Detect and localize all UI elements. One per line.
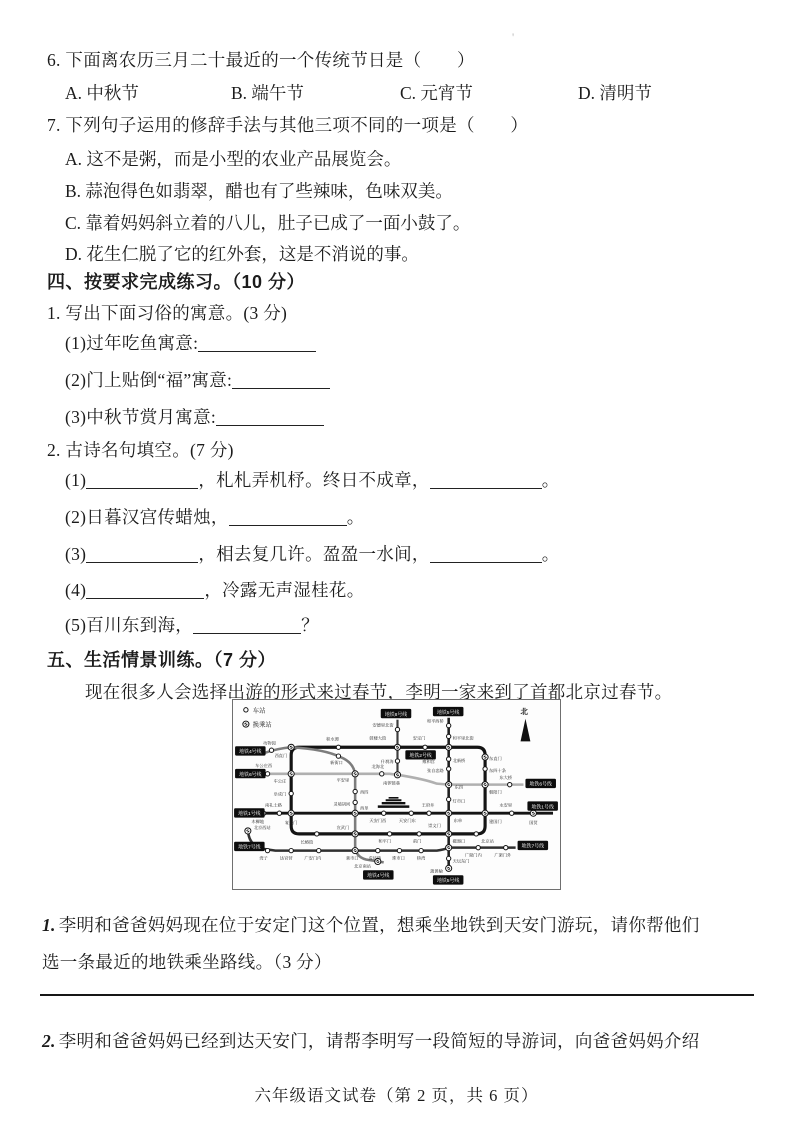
question-6-stem: 6. 下面离农历三月二十最近的一个传统节日是（ ）	[47, 47, 475, 72]
section4-title: 四、按要求完成练习。（10 分）	[47, 268, 305, 294]
map-station-label-南锣鼓巷: 南锣鼓巷	[383, 780, 401, 787]
map-station-label-天安门西: 天安门西	[369, 817, 387, 824]
q6-option-c: C. 元宵节	[400, 80, 473, 105]
scan-artifact: '	[512, 30, 522, 44]
map-q1-text-1: 李明和爸爸妈妈现在位于安定门这个位置，想乘坐地铁到天安门游玩，请你帮他们	[59, 915, 700, 935]
map-q2-number: 2.	[42, 1031, 56, 1051]
legend-station-label: 车站	[253, 705, 266, 714]
line-badge-text-地铁2号线: 地铁2号线	[409, 752, 431, 759]
station-marker	[380, 772, 384, 776]
poem-4-pre: (4)	[65, 580, 86, 600]
map-station-label-北新桥: 北新桥	[453, 757, 466, 764]
page-footer: 六年级语文试卷（第 2 页，共 6 页）	[0, 1082, 793, 1106]
habit-item-3: (3)中秋节赏月寓意:	[65, 404, 324, 429]
station-marker	[510, 811, 514, 815]
map-station-label-长椿街: 长椿街	[301, 839, 314, 846]
map-station-label-王府井: 王府井	[422, 801, 435, 808]
map-station-label-国贸: 国贸	[529, 819, 538, 826]
map-station-label-朝阳门: 朝阳门	[489, 789, 502, 796]
poem-line-1: (1)，札札弄机杼。终日不成章，。	[65, 467, 560, 492]
line-badge-text-地铁6号线: 地铁6号线	[530, 781, 552, 788]
map-station-label-鼓楼大街: 鼓楼大街	[369, 734, 387, 741]
map-station-label-虎坊桥: 虎坊桥	[369, 854, 382, 861]
habit-item-1: (1)过年吃鱼寓意:	[65, 330, 316, 355]
line-badge-text-地铁7号线: 地铁7号线	[238, 844, 260, 851]
station-marker	[395, 727, 399, 731]
map-station-label-安定门: 安定门	[413, 734, 426, 741]
poem-5-blank	[193, 618, 301, 634]
map-station-label-张自忠路: 张自忠路	[427, 767, 445, 774]
poem-4-blank	[86, 583, 204, 599]
map-question-2: 2.李明和爸爸妈妈已经到达天安门，请帮李明写一段简短的导游词，向爸爸妈妈介绍	[42, 1028, 700, 1053]
station-marker	[483, 767, 487, 771]
map-station-label-车公庄西: 车公庄西	[255, 762, 273, 769]
line-badge-text-地铁1号线: 地铁1号线	[532, 803, 554, 810]
poem-3-mid: ，相去复几许。盈盈一水间，	[198, 544, 429, 564]
poem-line-3: (3)，相去复几许。盈盈一水间，。	[65, 541, 560, 566]
habit-1-text: (1)过年吃鱼寓意:	[65, 333, 198, 353]
poem-line-4: (4)，冷露无声湿桂花。	[65, 577, 365, 602]
poem-line-2: (2)日暮汉宫传蜡烛，。	[65, 504, 365, 529]
q6-option-b: B. 端午节	[231, 80, 304, 105]
poem-line-5: (5)百川东到海，？	[65, 612, 319, 637]
station-marker	[447, 734, 451, 738]
map-station-label-广渠门外: 广渠门外	[494, 852, 512, 859]
station-marker	[382, 811, 386, 815]
map-station-label-达官营: 达官营	[280, 854, 293, 861]
station-marker	[289, 791, 293, 795]
map-station-label-积水潭: 积水潭	[326, 735, 339, 742]
map-q1-number: 1.	[42, 915, 56, 935]
map-station-label-动物园: 动物园	[263, 739, 276, 746]
map-station-label-广渠门内: 广渠门内	[465, 852, 482, 859]
map-station-label-东直门: 东直门	[489, 755, 502, 762]
q7-option-b: B. 蒜泡得色如翡翠，醋也有了些辣味，色味双美。	[65, 178, 453, 203]
question-7-stem: 7. 下列句子运用的修辞手法与其他三项不同的一项是（ ）	[47, 112, 528, 137]
map-question-1-line-2: 选一条最近的地铁乘坐路线。（3 分）	[42, 949, 332, 974]
map-station-label-车公庄: 车公庄	[274, 778, 287, 785]
map-station-label-建国门: 建国门	[489, 818, 502, 825]
station-marker	[476, 845, 480, 849]
map-station-label-北京西站: 北京西站	[254, 824, 271, 831]
subway-map-svg: 动物园新街口平安里西四灵境胡同西单宣武门菜市口北京南站西直门积水潭鼓楼大街安定门…	[233, 700, 560, 889]
map-station-label-桥湾: 桥湾	[417, 854, 426, 861]
map-station-label-广安门内: 广安门内	[304, 854, 321, 861]
station-marker	[447, 767, 451, 771]
map-station-label-西四: 西四	[360, 789, 368, 796]
map-station-label-和平西桥: 和平西桥	[427, 718, 445, 725]
poem-1-blank-2	[430, 473, 542, 489]
station-marker	[417, 832, 421, 836]
map-station-label-东四: 东四	[455, 784, 463, 791]
station-marker	[423, 745, 427, 749]
station-marker	[447, 856, 451, 860]
station-marker	[317, 848, 321, 852]
poem-3-blank-2	[430, 547, 542, 563]
map-station-label-复兴门: 复兴门	[285, 819, 298, 826]
map-station-label-南礼士路: 南礼士路	[265, 801, 283, 808]
map-station-label-安德里北街: 安德里北街	[372, 722, 394, 729]
q7-option-d: D. 花生仁脱了它的红外套，这是不消说的事。	[65, 241, 419, 266]
station-marker	[447, 757, 451, 761]
station-marker	[447, 797, 451, 801]
poem-5-end: ？	[301, 615, 319, 635]
station-marker	[409, 811, 413, 815]
q6-option-d: D. 清明节	[578, 80, 652, 105]
section5-title: 五、生活情景训练。（7 分）	[47, 646, 276, 672]
legend-transfer-label: 换乘站	[253, 720, 272, 729]
station-marker	[508, 782, 512, 786]
map-station-label-北京站: 北京站	[481, 838, 494, 845]
station-marker	[504, 845, 508, 849]
q7-option-a: A. 这不是粥，而是小型的农业产品展览会。	[65, 146, 401, 171]
poem-2-pre: (2)日暮汉宫传蜡烛，	[65, 507, 229, 527]
poem-3-pre: (3)	[65, 544, 86, 564]
poem-4-end: ，冷露无声湿桂花。	[204, 580, 364, 600]
station-marker	[265, 772, 269, 776]
map-station-label-崇文门: 崇文门	[428, 822, 441, 829]
map-station-label-东四十条: 东四十条	[489, 767, 507, 774]
station-marker	[269, 748, 273, 752]
map-station-label-和平里北街: 和平里北街	[453, 734, 475, 741]
line-badge-text-地铁1号线: 地铁1号线	[238, 810, 260, 817]
map-station-label-永安里: 永安里	[499, 801, 512, 808]
habit-item-2: (2)门上贴倒“福”寓意:	[65, 367, 330, 392]
station-marker	[397, 848, 401, 852]
section4-q1-stem: 1. 写出下面习俗的寓意。(3 分)	[47, 300, 287, 325]
map-station-label-阜成门: 阜成门	[274, 790, 287, 797]
line-badge-text-地铁6号线: 地铁6号线	[239, 771, 261, 778]
station-marker	[277, 811, 281, 815]
poem-3-end: 。	[542, 544, 560, 564]
map-station-label-天安门东: 天安门东	[399, 817, 417, 824]
habit-3-text: (3)中秋节赏月寓意:	[65, 407, 216, 427]
map-station-label-宣武门: 宣武门	[337, 824, 350, 831]
map-station-label-西单: 西单	[360, 804, 369, 811]
map-station-label-珠市口: 珠市口	[392, 854, 405, 861]
map-station-label-什刹海: 什刹海	[381, 758, 394, 765]
habit-3-blank	[216, 410, 324, 426]
map-station-label-和平门: 和平门	[378, 838, 391, 845]
habit-1-blank	[198, 336, 316, 352]
poem-1-mid: ，札札弄机杼。终日不成章，	[198, 470, 429, 490]
station-marker	[315, 832, 319, 836]
station-marker	[387, 832, 391, 836]
station-marker	[474, 832, 478, 836]
poem-5-pre: (5)百川东到海，	[65, 615, 193, 635]
map-station-label-东单: 东单	[454, 817, 463, 824]
line-badge-text-地铁7号线: 地铁7号线	[522, 843, 544, 850]
station-marker	[395, 759, 399, 763]
habit-2-text: (2)门上贴倒“福”寓意:	[65, 370, 232, 390]
line-badge-text-地铁8号线: 地铁8号线	[385, 711, 407, 718]
map-station-label-灵境胡同: 灵境胡同	[333, 800, 350, 807]
tiananmen-gate-icon	[378, 797, 410, 808]
section4-q2-stem: 2. 古诗名句填空。(7 分)	[47, 437, 234, 462]
map-question-1-line-1: 1.李明和爸爸妈妈现在位于安定门这个位置，想乘坐地铁到天安门游玩，请你帮他们	[42, 912, 700, 937]
poem-1-end: 。	[542, 470, 560, 490]
poem-2-blank	[229, 510, 347, 526]
station-marker	[353, 800, 357, 804]
map-station-label-天坛东门: 天坛东门	[453, 857, 470, 864]
north-label: 北	[521, 707, 529, 716]
station-marker	[289, 848, 293, 852]
map-station-label-平安里: 平安里	[337, 777, 350, 784]
poem-2-end: 。	[347, 507, 365, 527]
map-q2-text: 李明和爸爸妈妈已经到达天安门，请帮李明写一段简短的导游词，向爸爸妈妈介绍	[59, 1031, 700, 1051]
map-station-label-湾子: 湾子	[259, 854, 268, 861]
map-station-label-磁器口: 磁器口	[453, 838, 466, 845]
q7-option-c: C. 靠着妈妈斜立着的八儿，肚子已成了一面小鼓了。	[65, 210, 470, 235]
station-marker	[244, 708, 248, 712]
poem-1-blank-1	[86, 473, 198, 489]
poem-1-pre: (1)	[65, 470, 86, 490]
station-marker	[376, 848, 380, 852]
station-marker	[265, 848, 269, 852]
habit-2-blank	[232, 373, 330, 389]
line-badge-text-地铁4号线: 地铁4号线	[367, 872, 389, 879]
q6-option-a: A. 中秋节	[65, 80, 139, 105]
station-marker	[447, 723, 451, 727]
map-station-label-新街口: 新街口	[330, 759, 343, 766]
map-station-label-灯市口: 灯市口	[453, 797, 466, 804]
section-divider	[40, 994, 754, 996]
map-station-label-西直门: 西直门	[275, 752, 288, 759]
test-paper-page: ' 6. 下面离农历三月二十最近的一个传统节日是（ ） A. 中秋节 B. 端午…	[0, 0, 793, 1122]
subway-map: 动物园新街口平安里西四灵境胡同西单宣武门菜市口北京南站西直门积水潭鼓楼大街安定门…	[232, 699, 561, 890]
station-marker	[336, 754, 340, 758]
map-station-label-菜市口: 菜市口	[346, 854, 359, 861]
map-station-label-东大桥: 东大桥	[499, 774, 512, 781]
station-marker	[353, 789, 357, 793]
poem-3-blank-1	[86, 547, 198, 563]
line-badge-text-地铁5号线: 地铁5号线	[437, 877, 459, 884]
station-marker	[336, 745, 340, 749]
station-marker	[427, 811, 431, 815]
map-station-label-前门: 前门	[413, 838, 421, 845]
line-badge-text-地铁4号线: 地铁4号线	[239, 748, 261, 755]
north-arrow-icon	[521, 719, 531, 742]
map-station-label-蒲黄榆: 蒲黄榆	[430, 867, 443, 874]
line-badge-text-地铁5号线: 地铁5号线	[437, 709, 459, 716]
station-marker	[419, 848, 423, 852]
map-station-label-北京南站: 北京南站	[354, 862, 371, 869]
